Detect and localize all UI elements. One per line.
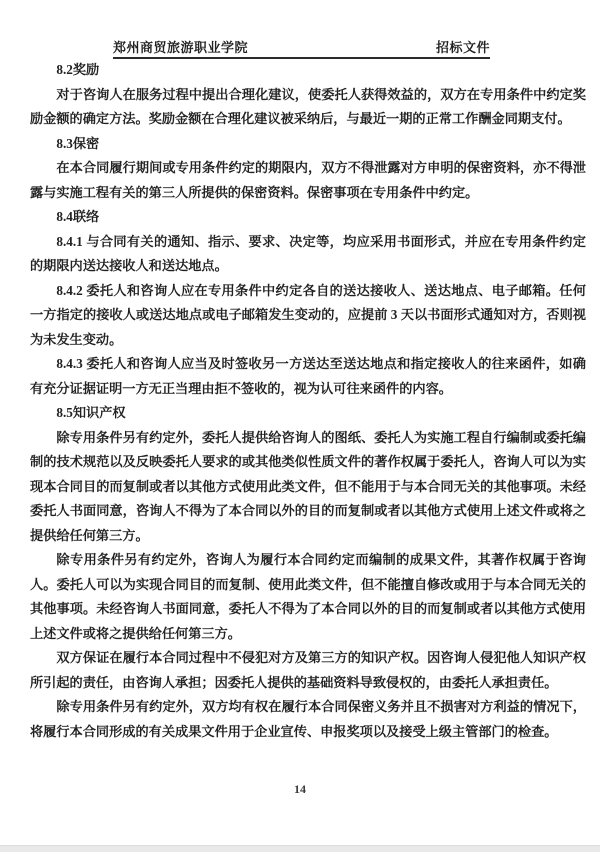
paragraph-8-4-3: 8.4.3 委托人和咨询人应当及时签收另一方送达至送达地点和指定接收人的往来函件… (30, 352, 586, 401)
section-heading-8-2: 8.2奖励 (30, 58, 586, 83)
paragraph: 除专用条件另有约定外，咨询人为履行本合同约定而编制的成果文件，其著作权属于咨询人… (30, 548, 586, 646)
paragraph: 除专用条件另有约定外，委托人提供给咨询人的图纸、委托人为实施工程自行编制或委托编… (30, 426, 586, 549)
document-page: 郑州商贸旅游职业学院 招标文件 8.2奖励 对于咨询人在服务过程中提出合理化建议… (0, 0, 600, 852)
section-heading-8-5: 8.5知识产权 (30, 401, 586, 426)
header-org-name: 郑州商贸旅游职业学院 (113, 37, 248, 56)
section-heading-8-3: 8.3保密 (30, 132, 586, 157)
paragraph-8-4-2: 8.4.2 委托人和咨询人应在专用条件中约定各自的送达接收人、送达地点、电子邮箱… (30, 279, 586, 353)
document-body: 8.2奖励 对于咨询人在服务过程中提出合理化建议，使委托人获得效益的，双方在专用… (30, 58, 586, 744)
page-number: 14 (0, 782, 600, 797)
header-doc-type: 招标文件 (436, 37, 490, 56)
paragraph: 除专用条件另有约定外，双方均有权在履行本合同保密义务并且不损害对方利益的情况下，… (30, 695, 586, 744)
section-heading-8-4: 8.4联络 (30, 205, 586, 230)
paragraph: 双方保证在履行本合同过程中不侵犯对方及第三方的知识产权。因咨询人侵犯他人知识产权… (30, 646, 586, 695)
paragraph: 在本合同履行期间或专用条件约定的期限内，双方不得泄露对方申明的保密资料，亦不得泄… (30, 156, 586, 205)
paragraph: 对于咨询人在服务过程中提出合理化建议，使委托人获得效益的，双方在专用条件中约定奖… (30, 83, 586, 132)
viewer-bottom-bar (0, 845, 600, 852)
page-header: 郑州商贸旅游职业学院 招标文件 (113, 37, 490, 59)
paragraph-8-4-1: 8.4.1 与合同有关的通知、指示、要求、决定等，均应采用书面形式，并应在专用条… (30, 230, 586, 279)
